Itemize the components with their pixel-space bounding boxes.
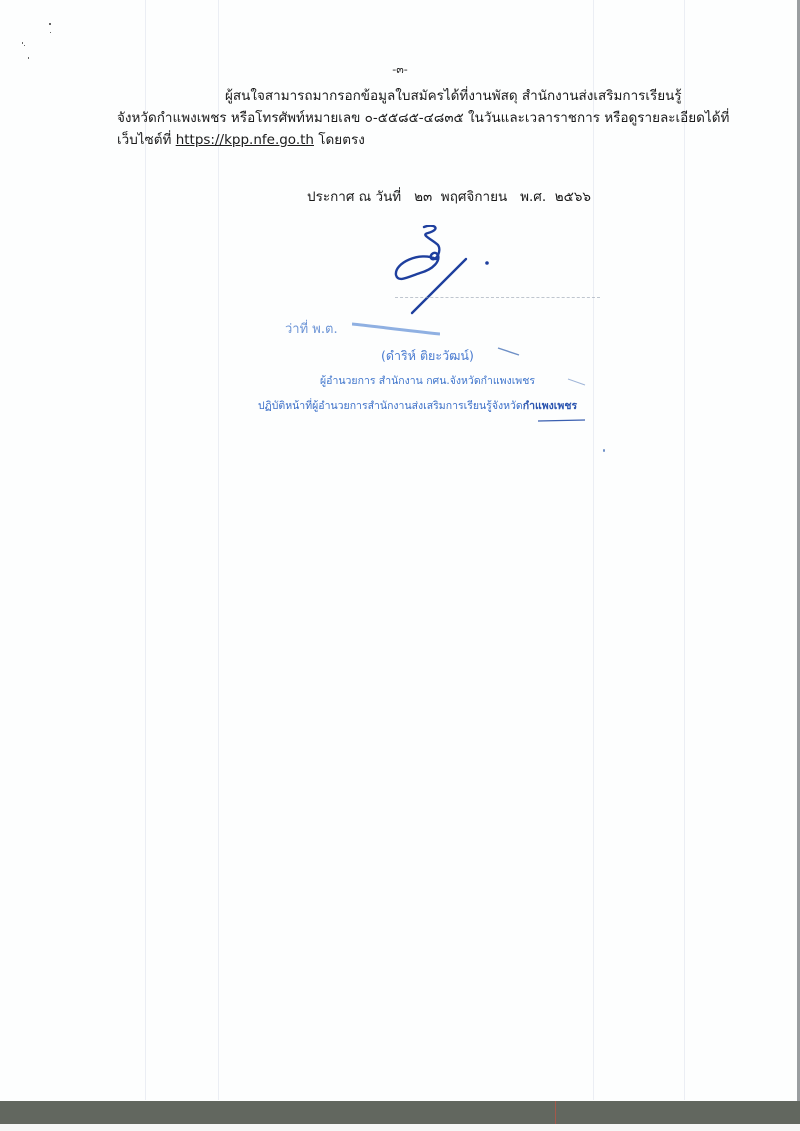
signature-line <box>395 297 600 298</box>
scan-streak <box>684 0 685 1100</box>
acting-title-province: กำแพงเพชร <box>523 400 577 412</box>
signer-name: (ดำริห์ ติยะวัฒน์) <box>381 346 474 366</box>
scan-streak <box>593 0 594 1100</box>
scan-bottom-band <box>0 1101 800 1124</box>
stamp-tick-mark <box>567 378 587 388</box>
paragraph-line: เว็บไซต์ที่ https://kpp.nfe.go.th โดยตรง <box>117 129 717 151</box>
signature-icon <box>380 225 500 335</box>
scan-speck <box>49 23 51 25</box>
page-number: -๓- <box>0 60 800 78</box>
stamp-tick-mark <box>497 347 521 357</box>
scan-streak <box>145 0 146 1100</box>
scan-speck <box>50 32 51 33</box>
stamp-underline <box>537 418 587 424</box>
signer-acting-title: ปฏิบัติหน้าที่ผู้อำนวยการสำนักงานส่งเสริ… <box>258 397 577 414</box>
paragraph-line: จังหวัดกำแพงเพชร หรือโทรศัพท์หมายเลข ๐-๕… <box>117 107 717 129</box>
signer-title: ผู้อำนวยการ สำนักงาน กศน.จังหวัดกำแพงเพช… <box>320 372 535 389</box>
scan-bottom-edge <box>0 1124 800 1131</box>
scan-streak <box>218 0 219 1100</box>
scan-mark <box>555 1101 556 1124</box>
document-page: -๓- ผู้สนใจสามารถมากรอกข้อมูลใบสมัครได้ท… <box>0 0 800 1131</box>
acting-title-text: ปฏิบัติหน้าที่ผู้อำนวยการสำนักงานส่งเสริ… <box>258 400 523 412</box>
scan-speck <box>28 57 29 59</box>
stamp-stroke <box>352 322 440 336</box>
paragraph-line: ผู้สนใจสามารถมากรอกข้อมูลใบสมัครได้ที่งา… <box>117 85 717 107</box>
scan-speck <box>24 45 25 46</box>
ink-speck <box>603 449 605 452</box>
stamp-copy-mark: ว่าที่ พ.ต. <box>285 318 338 339</box>
body-paragraph: ผู้สนใจสามารถมากรอกข้อมูลใบสมัครได้ที่งา… <box>117 85 717 151</box>
paragraph-text: เว็บไซต์ที่ <box>117 132 176 148</box>
paragraph-text: โดยตรง <box>314 132 365 148</box>
scan-speck <box>22 42 23 44</box>
announcement-date: ประกาศ ณ วันที่ ๒๓ พฤศจิกายน พ.ศ. ๒๕๖๖ <box>307 185 591 207</box>
website-link[interactable]: https://kpp.nfe.go.th <box>176 132 314 148</box>
